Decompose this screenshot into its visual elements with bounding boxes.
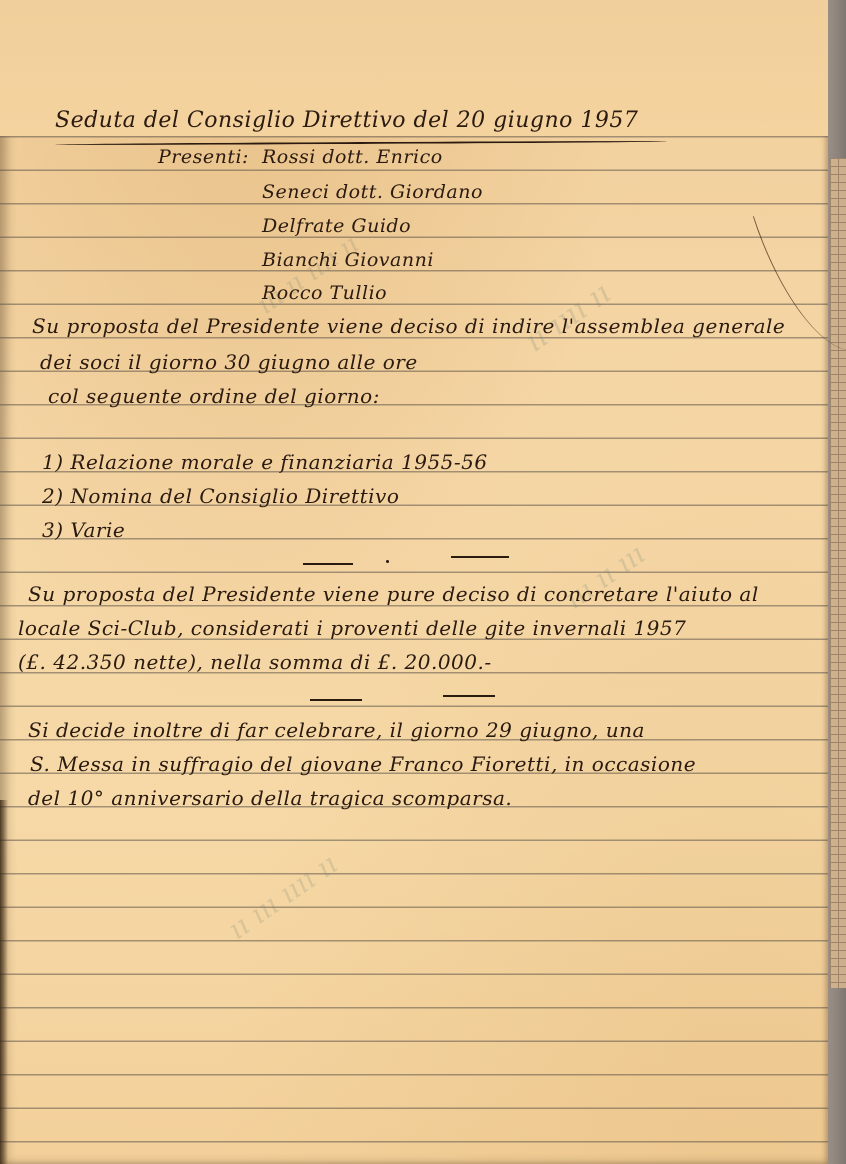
paragraph-line: locale Sci-Club, considerati i proventi … [18, 616, 686, 640]
paragraph-line: Su proposta del Presidente viene deciso … [32, 314, 785, 338]
section-divider-dot [386, 560, 389, 563]
paragraph-line: S. Messa in suffragio del giovane Franco… [30, 752, 696, 776]
section-divider-dash [451, 556, 509, 558]
member-name: Seneci dott. Giordano [262, 181, 483, 203]
paragraph-line: Si decide inoltre di far celebrare, il g… [28, 718, 645, 742]
section-divider-dash [303, 563, 353, 565]
agenda-item: 3) Varie [42, 518, 125, 542]
agenda-item: 2) Nomina del Consiglio Direttivo [42, 484, 399, 508]
member-name: Delfrate Guido [262, 215, 411, 237]
ink-bleed-through: ıı ııı ıııı ıı [222, 847, 344, 946]
title-underline [55, 140, 667, 145]
paragraph-line: (£. 42.350 nette), nella somma di £. 20.… [18, 650, 492, 674]
member-name: Rossi dott. Enrico [262, 146, 443, 168]
page-edge-shadow [0, 800, 8, 1164]
paragraph-line: dei soci il giorno 30 giugno alle ore [40, 350, 418, 374]
notebook-page: ııı ıı ıııı ıı ıı ıııı ıı ııı ıı ııı ıı … [0, 0, 828, 1164]
attendance-label: Presenti: [158, 146, 249, 168]
agenda-item: 1) Relazione morale e finanziaria 1955-5… [42, 450, 488, 474]
next-page-grid-strip [830, 158, 846, 988]
paragraph-line: del 10° anniversario della tragica scomp… [28, 786, 512, 810]
paragraph-line: Su proposta del Presidente viene pure de… [28, 582, 759, 606]
section-divider-dash [443, 695, 495, 697]
paragraph-line: col seguente ordine del giorno: [48, 384, 380, 408]
section-divider-dash [310, 699, 362, 701]
minutes-title: Seduta del Consiglio Direttivo del 20 gi… [55, 108, 638, 133]
member-name: Rocco Tullio [262, 282, 387, 304]
member-name: Bianchi Giovanni [262, 249, 434, 271]
ink-bleed-through: ııı ıı ıııı ıı [252, 229, 364, 320]
